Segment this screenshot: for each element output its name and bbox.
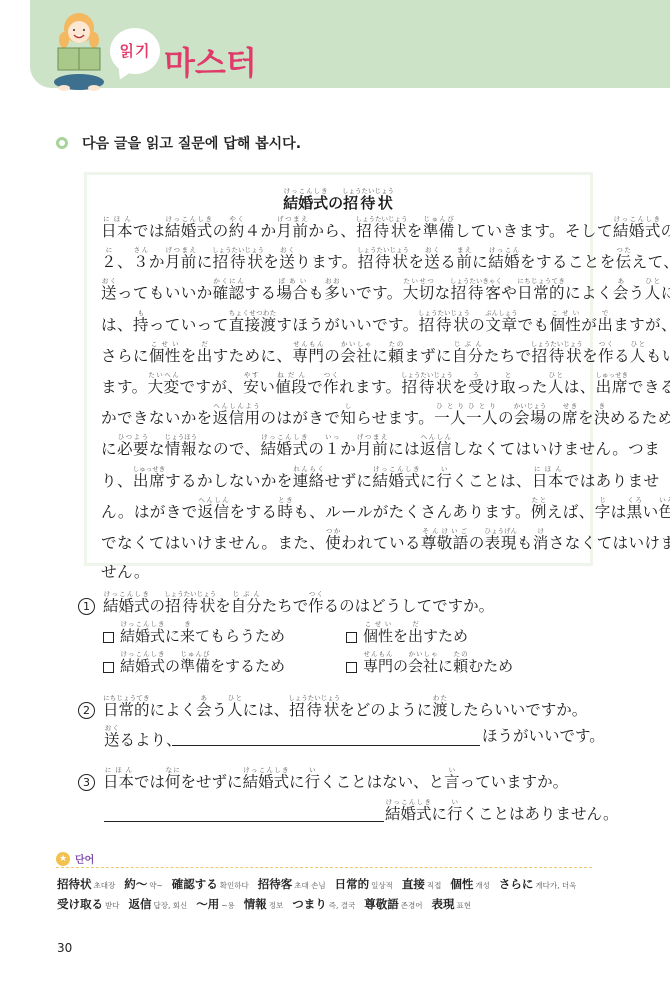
circle-bullet-icon: [56, 137, 68, 149]
vocabulary-term: 招待客: [258, 877, 293, 891]
vocabulary-meaning: 확인하다: [220, 881, 249, 890]
vocabulary-item: 返信답장, 회신: [129, 897, 188, 911]
page-number: 30: [57, 941, 72, 955]
vocabulary-term: 日常的: [335, 877, 370, 891]
option-label: 結婚式けっこんしきの準備じゅんびをするため: [120, 650, 285, 676]
checkbox[interactable]: [103, 662, 114, 673]
instruction: 다음 글을 읽고 질문에 답해 봅시다.: [56, 133, 301, 153]
vocabulary-term: 約〜: [124, 877, 147, 891]
vocabulary-meaning: 답장, 회신: [154, 901, 188, 910]
question-3: 3日本にほんでは何なにをせずに結婚式けっこんしきに行いくことはない、と言いってい…: [78, 766, 568, 792]
vocabulary-item: 招待客초대 손님: [258, 877, 326, 891]
passage-line: ２に、３さんか月前げつまえに招待状しょうたいじょうを送おくります。招待状しょうた…: [101, 246, 581, 277]
vocabulary-item: 直接직접: [402, 877, 442, 891]
vocabulary-term: さらに: [499, 877, 534, 891]
passage-line: 日本にほんでは結婚式けっこんしきの約やく４か月前げつまえから、招待状しょうたいじ…: [101, 215, 581, 246]
vocabulary-term: 返信: [129, 897, 152, 911]
vocabulary-meaning: 개성: [475, 881, 490, 890]
checkbox[interactable]: [346, 632, 357, 643]
checkbox[interactable]: [346, 662, 357, 673]
vocabulary-header: ★ 단어: [56, 851, 94, 866]
question-2: 2日常的にちじょうてきによく会あう人ひとには、招待状しょうたいじょうをどのように…: [78, 694, 587, 720]
answer-prefix: 送おくるより、: [104, 724, 182, 750]
star-icon: ★: [56, 852, 70, 866]
vocabulary-meaning: 초대 손님: [294, 881, 325, 890]
vocabulary-term: 〜用: [196, 897, 219, 911]
vocabulary-item: 受け取る받다: [57, 897, 120, 911]
passage-line: 送おくってもいいか確認かくにんする場合ばあいも多おおいです。大切たいせつな招待客…: [101, 277, 581, 308]
vocabulary-meaning: 존경어: [401, 901, 423, 910]
question-number: 2: [78, 702, 95, 719]
reading-passage-box: 結婚式けっこんしきの招待状しょうたいじょう 日本にほんでは結婚式けっこんしきの約…: [84, 172, 593, 566]
question-text: 日常的にちじょうてきによく会あう人ひとには、招待状しょうたいじょうをどのように渡…: [103, 701, 587, 719]
vocabulary-term: 尊敬語: [364, 897, 399, 911]
passage-title: 結婚式けっこんしきの招待状しょうたいじょう: [87, 187, 590, 213]
passage-line: でなくてはいけません。また、使つかわれている尊敬語そんけいごの表現ひょうげんも消…: [101, 527, 581, 558]
answer-blank-3[interactable]: [104, 821, 384, 822]
question-text: 結婚式けっこんしきの招待状しょうたいじょうを自分じぶんたちで作つくるのはどうして…: [103, 597, 494, 615]
question-1: 1結婚式けっこんしきの招待状しょうたいじょうを自分じぶんたちで作つくるのはどうし…: [78, 590, 494, 616]
vocabulary-term: 直接: [402, 877, 425, 891]
vocabulary-row-1: 招待状초대장約〜약~確認する확인하다招待客초대 손님日常的일상적直接직접個性개성…: [57, 876, 585, 892]
vocabulary-label: 단어: [75, 851, 94, 866]
passage-line: せん。: [101, 558, 581, 587]
passage-line: は、持もっていって直接渡ちょくせつわたすほうがいいです。招待状しょうたいじょうの…: [101, 309, 581, 340]
option-label: 個性こせいを出だすため: [363, 620, 468, 646]
vocabulary-row-2: 受け取る받다返信답장, 회신〜用~용情報정보つまり즉, 결국尊敬語존경어表現표현: [57, 896, 480, 912]
vocabulary-item: 招待状초대장: [57, 877, 115, 891]
vocabulary-meaning: ~용: [221, 901, 235, 910]
vocabulary-meaning: 약~: [149, 881, 163, 890]
speech-bubble: 읽기: [110, 28, 160, 74]
vocabulary-item: 日常的일상적: [335, 877, 393, 891]
vocabulary-term: 招待状: [57, 877, 92, 891]
passage-line: さらに個性こせいを出だすために、専門せんもんの会社かいしゃに頼たのまずに自分じぶ…: [101, 340, 581, 371]
vocabulary-item: つまり즉, 결국: [292, 897, 355, 911]
option-1b[interactable]: 個性こせいを出だすため: [346, 620, 468, 646]
vocabulary-item: 約〜약~: [124, 877, 163, 891]
vocabulary-term: 個性: [450, 877, 473, 891]
vocabulary-meaning: 직접: [427, 881, 442, 890]
vocabulary-meaning: 즉, 결국: [329, 901, 356, 910]
vocabulary-meaning: 표현: [457, 901, 472, 910]
instruction-text: 다음 글을 읽고 질문에 답해 봅시다.: [82, 133, 301, 153]
passage-line: かできないかを返信用へんしんようのはがきで知しらせます。一人ひとり一人ひとりの会…: [101, 402, 581, 433]
vocabulary-meaning: 일상적: [371, 881, 393, 890]
passage-body: 日本にほんでは結婚式けっこんしきの約やく４か月前げつまえから、招待状しょうたいじ…: [101, 215, 581, 587]
vocabulary-item: 情報정보: [244, 897, 284, 911]
question-text: 日本にほんでは何なにをせずに結婚式けっこんしきに行いくことはない、と言いっていま…: [103, 773, 568, 791]
question-number: 3: [78, 774, 95, 791]
option-label: 専門せんもんの会社かいしゃに頼たのむため: [363, 650, 513, 676]
section-type-label: 읽기: [110, 40, 160, 61]
vocabulary-item: 個性개성: [450, 877, 490, 891]
answer-suffix: ほうがいいです。: [482, 724, 605, 746]
option-label: 結婚式けっこんしきに来きてもらうため: [120, 620, 285, 646]
vocabulary-item: 〜用~용: [196, 897, 235, 911]
passage-line: ます。大変たいへんですが、安やすい値段ねだんで作つくれます。招待状しょうたいじょ…: [101, 371, 581, 402]
answer-blank-2[interactable]: [172, 745, 480, 746]
vocabulary-meaning: 정보: [269, 901, 284, 910]
vocabulary-item: さらに게다가, 더욱: [499, 877, 577, 891]
vocabulary-term: 確認する: [172, 877, 218, 891]
option-1d[interactable]: 専門せんもんの会社かいしゃに頼たのむため: [346, 650, 513, 676]
answer-suffix: 結婚式けっこんしきに行いくことはありません。: [385, 798, 618, 824]
page-title: 마스터: [164, 38, 257, 84]
vocabulary-term: つまり: [292, 897, 327, 911]
vocabulary-item: 尊敬語존경어: [364, 897, 422, 911]
vocabulary-term: 受け取る: [57, 897, 103, 911]
vocabulary-divider: [56, 867, 592, 868]
vocabulary-meaning: 받다: [105, 901, 120, 910]
option-1c[interactable]: 結婚式けっこんしきの準備じゅんびをするため: [103, 650, 285, 676]
vocabulary-item: 表現표현: [432, 897, 472, 911]
vocabulary-meaning: 초대장: [94, 881, 116, 890]
vocabulary-term: 情報: [244, 897, 267, 911]
reading-girl-illustration: [52, 8, 110, 94]
option-1a[interactable]: 結婚式けっこんしきに来きてもらうため: [103, 620, 285, 646]
passage-line: り、出席しゅっせきするかしないかを連絡れんらくせずに結婚式けっこんしきに行いくこ…: [101, 465, 581, 496]
passage-line: に必要ひつような情報じょうほうなので、結婚式けっこんしきの１いっか月前げつまえに…: [101, 433, 581, 464]
passage-line: ん。はがきで返信へんしんをする時ときも、ルールがたくさんあります。例たとえば、字…: [101, 496, 581, 527]
checkbox[interactable]: [103, 632, 114, 643]
vocabulary-item: 確認する확인하다: [172, 877, 249, 891]
vocabulary-term: 表現: [432, 897, 455, 911]
question-number: 1: [78, 598, 95, 615]
vocabulary-meaning: 게다가, 더욱: [535, 881, 576, 890]
